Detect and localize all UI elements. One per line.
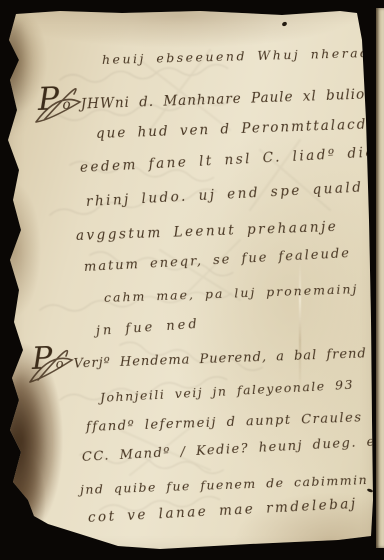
manuscript-scan: heuij ebseeuend Whuj nherad' Po JHWni d.… bbox=[0, 0, 384, 560]
manuscript-page: heuij ebseeuend Whuj nherad' Po JHWni d.… bbox=[0, 0, 384, 560]
next-page-edge bbox=[376, 8, 384, 548]
